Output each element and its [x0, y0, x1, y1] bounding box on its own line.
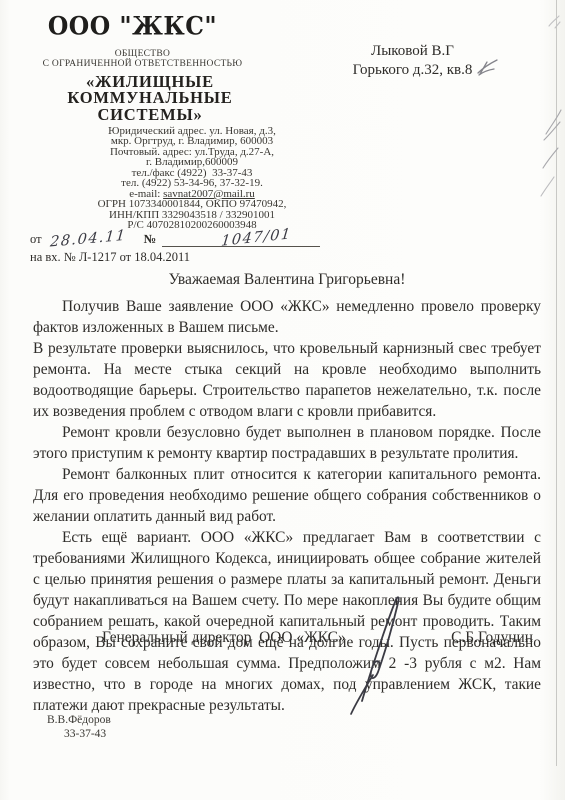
- signature-row: Генеральный директор ООО «ЖКС» С.Б.Годун…: [33, 629, 541, 647]
- company-org-form: ОБЩЕСТВО С ОГРАНИЧЕННОЙ ОТВЕТСТВЕННОСТЬЮ: [25, 50, 260, 69]
- paragraph-2: В результате проверки выяснилось, что кр…: [33, 338, 541, 422]
- date-label: от: [30, 232, 42, 247]
- paragraph-5: Есть ещё вариант. ООО «ЖКС» предлагает В…: [33, 527, 541, 716]
- outgoing-ref-row: от 28.04.11 № 1047/01: [30, 233, 355, 247]
- handwritten-number: 1047/01: [221, 226, 293, 250]
- number-underline: 1047/01: [162, 230, 320, 247]
- greeting-line: Уважаемая Валентина Григорьевна!: [33, 271, 541, 289]
- incoming-ref-line: на вх. № Л-1217 от 18.04.2011: [30, 250, 355, 265]
- pencil-smudges: [541, 16, 561, 196]
- director-name: С.Б.Годунин: [451, 629, 533, 647]
- recipient-name: Лыковой В.Г: [330, 42, 495, 61]
- company-short-name: ООО "ЖКС": [23, 13, 242, 41]
- org-form-line2: С ОГРАНИЧЕННОЙ ОТВЕТСТВЕННОСТЬЮ: [25, 60, 260, 70]
- paragraph-1: Получив Ваше заявление ООО «ЖКС» немедле…: [33, 296, 541, 338]
- scanned-letter-page: ООО "ЖКС" ОБЩЕСТВО С ОГРАНИЧЕННОЙ ОТВЕТС…: [0, 0, 565, 800]
- letter-body: Получив Ваше заявление ООО «ЖКС» немедле…: [33, 296, 541, 716]
- recipient-address: Горького д.32, кв.8: [330, 61, 495, 80]
- executor-block: В.В.Фёдоров 33-37-43: [47, 714, 111, 741]
- paragraph-3: Ремонт кровли безусловно будет выполнен …: [33, 422, 541, 464]
- company-full-name: «ЖИЛИЩНЫЕ КОММУНАЛЬНЫЕ СИСТЕМЫ»: [25, 74, 275, 123]
- executor-name: В.В.Фёдоров: [47, 714, 111, 728]
- company-name-line3: СИСТЕМЫ»: [25, 107, 275, 123]
- letterhead: ООО "ЖКС" ОБЩЕСТВО С ОГРАНИЧЕННОЙ ОТВЕТС…: [25, 8, 355, 265]
- number-label: №: [144, 232, 157, 247]
- director-title: Генеральный директор ООО «ЖКС»: [102, 629, 346, 647]
- reference-block: от 28.04.11 № 1047/01 на вх. № Л-1217 от…: [30, 233, 355, 265]
- letterhead-contacts: Юридический адрес. ул. Новая, д.3, мкр. …: [42, 126, 342, 231]
- recipient-block: Лыковой В.Г Горького д.32, кв.8: [330, 42, 495, 80]
- paragraph-4: Ремонт балконных плит относится к катего…: [33, 464, 541, 527]
- executor-phone: 33-37-43: [64, 728, 111, 742]
